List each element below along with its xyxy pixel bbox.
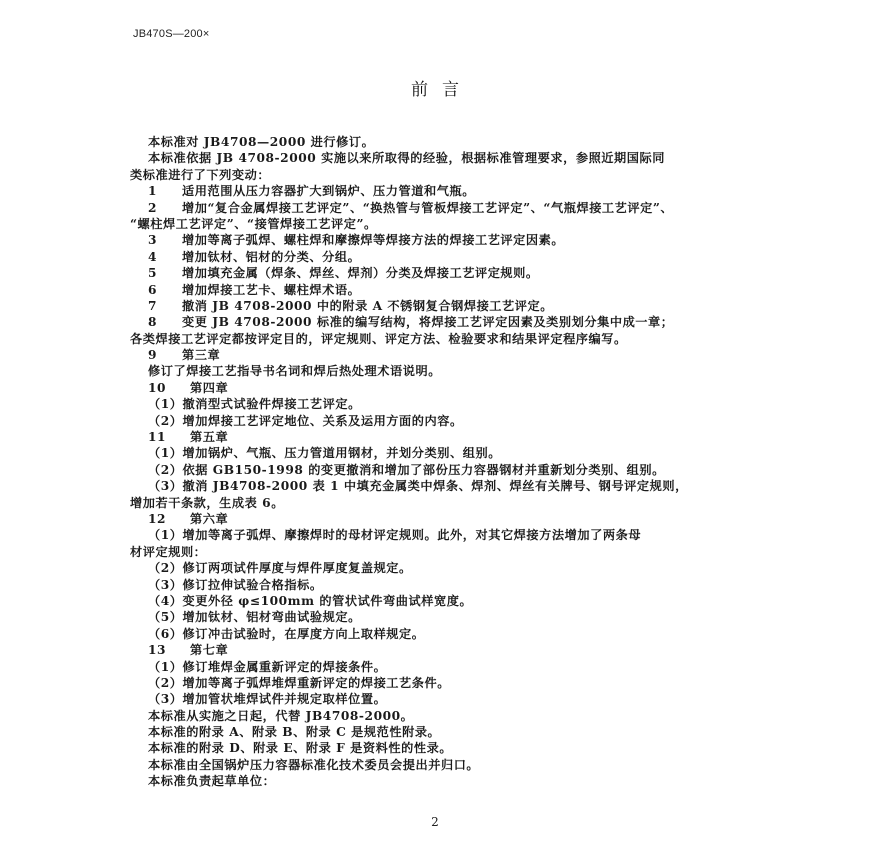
line-text: 各类焊接工艺评定都按评定目的，评定规则、评定方法、检验要求和结果评定程序编写。 [130,332,627,346]
line-text: 本标准对 JB4708—2000 进行修订。 [148,135,374,149]
sub-item-line: （1）修订堆焊金属重新评定的焊接条件。 [130,659,750,675]
line-text: （2）增加焊接工艺评定地位、关系及运用方面的内容。 [148,414,463,428]
page-number: 2 [0,815,870,829]
line-text: 第五章 [190,430,228,444]
line-text: 增加填充金属（焊条、焊丝、焊剂）分类及焊接工艺评定规则。 [182,266,539,280]
line-text: 增加钛材、铝材的分类、分组。 [182,250,360,264]
line-text: （1）增加等离子弧焊、摩擦焊时的母材评定规则。此外，对其它焊接方法增加了两条母 [148,528,641,542]
line-text: （1）撤消型式试验件焊接工艺评定。 [148,397,361,411]
paragraph-line: 修订了焊接工艺指导书名词和焊后热处理术语说明。 [130,363,750,379]
sub-item-line: （5）增加钛材、铝材弯曲试验规定。 [130,609,750,625]
item-number: 4 [130,249,182,265]
line-text: 撤消 JB 4708-2000 中的附录 A 不锈钢复合钢焊接工艺评定。 [182,299,553,313]
line-text: （1）增加锅炉、气瓶、压力管道用钢材，并划分类别、组别。 [148,446,501,460]
standard-code-header: JB470S—200× [133,28,210,40]
line-text: 本标准由全国锅炉压力容器标准化技术委员会提出并归口。 [148,758,479,772]
continuation-line: 类标准进行了下列变动： [130,167,750,183]
item-number: 8 [130,314,182,330]
sub-item-line: （2）增加等离子弧焊堆焊重新评定的焊接工艺条件。 [130,675,750,691]
item-number: 7 [130,298,182,314]
item-number: 6 [130,282,182,298]
sub-item-line: （2）依据 GB150-1998 的变更撤消和增加了部份压力容器钢材并重新划分类… [130,462,750,478]
line-text: 本标准依据 JB 4708-2000 实施以来所取得的经验，根据标准管理要求，参… [148,151,665,165]
sub-item-line: （3）撤消 JB4708-2000 表 1 中填充金属类中焊条、焊剂、焊丝有关牌… [130,478,750,494]
numbered-item-line: 12第六章 [130,511,750,527]
line-text: 第六章 [190,512,228,526]
item-number: 5 [130,265,182,281]
numbered-item-line: 10第四章 [130,380,750,396]
line-text: （2）修订两项试件厚度与焊件厚度复盖规定。 [148,561,412,575]
page-title: 前言 [0,75,870,100]
numbered-item-line: 4增加钛材、铝材的分类、分组。 [130,249,750,265]
line-text: 增加“复合金属焊接工艺评定”、“换热管与管板焊接工艺评定”、“气瓶焊接工艺评定”… [182,201,673,215]
numbered-item-line: 7撤消 JB 4708-2000 中的附录 A 不锈钢复合钢焊接工艺评定。 [130,298,750,314]
line-text: （1）修订堆焊金属重新评定的焊接条件。 [148,660,386,674]
paragraph-line: 本标准的附录 A、附录 B、附录 C 是规范性附录。 [130,724,750,740]
continuation-line: 增加若干条款，生成表 6。 [130,495,750,511]
item-number: 3 [130,232,182,248]
line-text: （3）增加管状堆焊试件并规定取样位置。 [148,692,386,706]
paragraph-line: 本标准负责起草单位： [130,773,750,789]
line-text: 适用范围从压力容器扩大到锅炉、压力管道和气瓶。 [182,184,475,198]
item-number: 11 [130,429,190,445]
line-text: （3）修订拉伸试验合格指标。 [148,578,323,592]
continuation-line: 各类焊接工艺评定都按评定目的，评定规则、评定方法、检验要求和结果评定程序编写。 [130,331,750,347]
line-text: （4）变更外径 φ≤100mm 的管状试件弯曲试样宽度。 [148,594,472,608]
numbered-item-line: 13第七章 [130,642,750,658]
title-char-1: 前 [411,80,442,100]
sub-item-line: （3）增加管状堆焊试件并规定取样位置。 [130,691,750,707]
line-text: 增加等离子弧焊、螺柱焊和摩擦焊等焊接方法的焊接工艺评定因素。 [182,233,564,247]
line-text: （3）撤消 JB4708-2000 表 1 中填充金属类中焊条、焊剂、焊丝有关牌… [148,479,688,493]
sub-item-line: （1）增加等离子弧焊、摩擦焊时的母材评定规则。此外，对其它焊接方法增加了两条母 [130,527,750,543]
numbered-item-line: 8变更 JB 4708-2000 标准的编写结构，将焊接工艺评定因素及类别划分集… [130,314,750,330]
continuation-line: 材评定规则： [130,544,750,560]
line-text: （6）修订冲击试验时，在厚度方向上取样规定。 [148,627,425,641]
paragraph-line: 本标准对 JB4708—2000 进行修订。 [130,134,750,150]
title-char-2: 言 [442,80,473,100]
numbered-item-line: 1适用范围从压力容器扩大到锅炉、压力管道和气瓶。 [130,183,750,199]
line-text: 本标准的附录 D、附录 E、附录 F 是资料性的性录。 [148,741,452,755]
numbered-item-line: 6增加焊接工艺卡、螺柱焊术语。 [130,282,750,298]
line-text: 本标准负责起草单位： [148,774,275,788]
line-text: 增加若干条款，生成表 6。 [130,496,284,510]
line-text: （5）增加钛材、铝材弯曲试验规定。 [148,610,361,624]
item-number: 10 [130,380,190,396]
line-text: 第四章 [190,381,228,395]
item-number: 9 [130,347,182,363]
line-text: “螺柱焊工艺评定”、“接管焊接工艺评定”。 [130,217,377,231]
numbered-item-line: 3增加等离子弧焊、螺柱焊和摩擦焊等焊接方法的焊接工艺评定因素。 [130,232,750,248]
document-body: 本标准对 JB4708—2000 进行修订。本标准依据 JB 4708-2000… [130,134,750,790]
line-text: 类标准进行了下列变动： [130,168,270,182]
sub-item-line: （3）修订拉伸试验合格指标。 [130,577,750,593]
sub-item-line: （2）增加焊接工艺评定地位、关系及运用方面的内容。 [130,413,750,429]
continuation-line: “螺柱焊工艺评定”、“接管焊接工艺评定”。 [130,216,750,232]
paragraph-line: 本标准由全国锅炉压力容器标准化技术委员会提出并归口。 [130,757,750,773]
numbered-item-line: 11第五章 [130,429,750,445]
sub-item-line: （6）修订冲击试验时，在厚度方向上取样规定。 [130,626,750,642]
line-text: 第三章 [182,348,220,362]
line-text: 本标准从实施之日起，代替 JB4708-2000。 [148,709,413,723]
paragraph-line: 本标准依据 JB 4708-2000 实施以来所取得的经验，根据标准管理要求，参… [130,150,750,166]
paragraph-line: 本标准从实施之日起，代替 JB4708-2000。 [130,708,750,724]
line-text: 本标准的附录 A、附录 B、附录 C 是规范性附录。 [148,725,440,739]
line-text: 变更 JB 4708-2000 标准的编写结构，将焊接工艺评定因素及类别划分集中… [182,315,674,329]
line-text: 第七章 [190,643,228,657]
line-text: 增加焊接工艺卡、螺柱焊术语。 [182,283,360,297]
paragraph-line: 本标准的附录 D、附录 E、附录 F 是资料性的性录。 [130,740,750,756]
item-number: 13 [130,642,190,658]
item-number: 2 [130,200,182,216]
numbered-item-line: 5增加填充金属（焊条、焊丝、焊剂）分类及焊接工艺评定规则。 [130,265,750,281]
line-text: 修订了焊接工艺指导书名词和焊后热处理术语说明。 [148,364,441,378]
line-text: （2）增加等离子弧焊堆焊重新评定的焊接工艺条件。 [148,676,450,690]
sub-item-line: （2）修订两项试件厚度与焊件厚度复盖规定。 [130,560,750,576]
sub-item-line: （1）撤消型式试验件焊接工艺评定。 [130,396,750,412]
item-number: 1 [130,183,182,199]
line-text: （2）依据 GB150-1998 的变更撤消和增加了部份压力容器钢材并重新划分类… [148,463,665,477]
numbered-item-line: 2增加“复合金属焊接工艺评定”、“换热管与管板焊接工艺评定”、“气瓶焊接工艺评定… [130,200,750,216]
numbered-item-line: 9第三章 [130,347,750,363]
item-number: 12 [130,511,190,527]
sub-item-line: （4）变更外径 φ≤100mm 的管状试件弯曲试样宽度。 [130,593,750,609]
line-text: 材评定规则： [130,545,206,559]
sub-item-line: （1）增加锅炉、气瓶、压力管道用钢材，并划分类别、组别。 [130,445,750,461]
